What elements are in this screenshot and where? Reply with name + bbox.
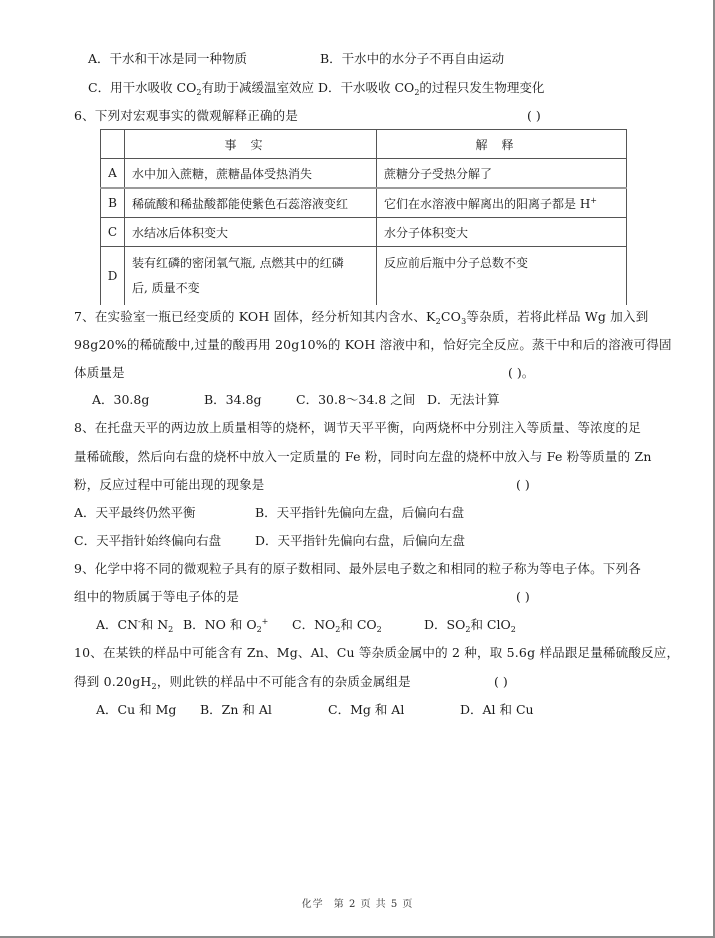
q5-option-d: D．干水吸收 CO2的过程只发生物理变化	[318, 80, 544, 96]
q5-option-a: A．干水和干冰是同一种物质	[88, 51, 247, 67]
text: 得到 0.20gH	[74, 674, 152, 689]
q8-stem-line2: 量稀硫酸，然后向右盘的烧杯中放入一定质量的 Fe 粉，同时向左盘的烧杯中放入与 …	[74, 449, 652, 465]
q5-option-c-text-end: 有助于减缓温室效应	[201, 80, 314, 95]
q8-stem-line3: 粉，反应过程中可能出现的现象是	[74, 477, 265, 493]
q10-option-d: D．Al 和 Cu	[460, 702, 534, 718]
row-label: C	[101, 218, 125, 247]
text: D．SO	[424, 617, 465, 632]
q8-option-d: D．天平指针先偏向右盘，后偏向左盘	[255, 533, 465, 549]
row-explanation: 反应前后瓶中分子总数不变	[377, 247, 627, 306]
superscript: +	[262, 617, 269, 626]
q7-option-c: C．30.8～34.8 之间	[296, 392, 415, 408]
q8-option-b: B．天平指针先偏向左盘，后偏向右盘	[255, 505, 464, 521]
text: 等杂质，若将此样品 Wg 加入到	[466, 309, 648, 324]
subscript: 2	[511, 625, 516, 634]
superscript: +	[590, 196, 597, 205]
q10-answer-blank: ( )	[494, 674, 508, 690]
q7-option-d: D．无法计算	[427, 392, 500, 408]
q8-stem-line1: 8、在托盘天平的两边放上质量相等的烧杯，调节天平平衡，向两烧杯中分别注入等质量、…	[74, 420, 641, 436]
q5-option-c-text: C．用干水吸收 CO	[88, 80, 196, 95]
table-row: C 水结冰后体积变大 水分子体积变大	[101, 218, 627, 247]
footer-page-number: 第 2 页 共 5 页	[334, 899, 414, 910]
q9-option-c: C．NO2和 CO2	[292, 617, 382, 633]
q9-option-a: A．CN-和 N2	[96, 617, 173, 633]
table-header-explanation: 解释	[377, 130, 627, 159]
q7-option-b: B．34.8g	[204, 392, 262, 408]
exam-page: A．干水和干冰是同一种物质 B．干水中的水分子不再自由运动 C．用干水吸收 CO…	[0, 0, 715, 938]
q6-stem: 6、下列对宏观事实的微观解释正确的是	[74, 108, 298, 124]
text: 和 N	[141, 617, 168, 632]
table-row: B 稀硫酸和稀盐酸都能使紫色石蕊溶液变红 它们在水溶液中解离出的阳离子都是 H+	[101, 188, 627, 218]
q9-option-d: D．SO2和 ClO2	[424, 617, 516, 633]
text: A．CN	[96, 617, 138, 632]
row-explanation: 它们在水溶液中解离出的阳离子都是 H+	[377, 188, 627, 218]
subscript: 2	[377, 625, 382, 634]
row-fact: 水中加入蔗糖，蔗糖晶体受热消失	[125, 159, 377, 189]
row-label: D	[101, 247, 125, 306]
table-row: D 装有红磷的密闭氧气瓶, 点燃其中的红磷 后, 质量不变 反应前后瓶中分子总数…	[101, 247, 627, 306]
row-label: A	[101, 159, 125, 189]
q9-option-b: B．NO 和 O2+	[183, 617, 268, 633]
q7-answer-blank: ( )。	[508, 365, 534, 381]
q9-stem-line2: 组中的物质属于等电子体的是	[74, 589, 239, 605]
table-header-fact: 事实	[125, 130, 377, 159]
row-explanation: 水分子体积变大	[377, 218, 627, 247]
row-fact: 稀硫酸和稀盐酸都能使紫色石蕊溶液变红	[125, 188, 377, 218]
table-row: A 水中加入蔗糖，蔗糖晶体受热消失 蔗糖分子受热分解了	[101, 159, 627, 189]
page-footer: 化学 第 2 页 共 5 页	[0, 895, 715, 910]
q5-option-b: B．干水中的水分子不再自由运动	[320, 51, 504, 67]
q7-stem-line1: 7、在实验室一瓶已经变质的 KOH 固体，经分析知其内含水、K2CO3等杂质，若…	[74, 309, 648, 325]
text: B．NO 和 O	[183, 617, 257, 632]
text: C．NO	[292, 617, 335, 632]
q7-option-a: A．30.8g	[92, 392, 149, 408]
subscript: 2	[168, 625, 173, 634]
text: 和 CO	[340, 617, 376, 632]
q10-option-b: B．Zn 和 Al	[200, 702, 272, 718]
q10-stem-line1: 10、在某铁的样品中可能含有 Zn、Mg、Al、Cu 等杂质金属中的 2 种，取…	[74, 645, 679, 661]
text: ，则此铁的样品中不可能含有的杂质金属组是	[157, 674, 411, 689]
q5-option-c: C．用干水吸收 CO2有助于减缓温室效应	[88, 80, 314, 96]
q9-stem-line1: 9、化学中将不同的微观粒子具有的原子数相同、最外层电子数之和相同的粒子称为等电子…	[74, 561, 641, 577]
q5-option-d-text: D．干水吸收 CO	[318, 80, 414, 95]
subscript: 2	[257, 625, 262, 634]
q6-answer-blank: ( )	[527, 108, 541, 124]
q9-answer-blank: ( )	[516, 589, 530, 605]
row-label: B	[101, 188, 125, 218]
row-fact-line: 装有红磷的密闭氧气瓶, 点燃其中的红磷	[132, 251, 369, 276]
text: CO	[441, 309, 461, 324]
q8-option-a: A．天平最终仍然平衡	[74, 505, 196, 521]
row-explanation-text: 它们在水溶液中解离出的阳离子都是 H	[384, 197, 590, 211]
row-fact-line: 后, 质量不变	[132, 276, 369, 301]
q8-answer-blank: ( )	[516, 477, 530, 493]
row-fact: 水结冰后体积变大	[125, 218, 377, 247]
text: 和 ClO	[470, 617, 510, 632]
q7-stem-line2: 98g20%的稀硫酸中,过量的酸再用 20g10%的 KOH 溶液中和，恰好完全…	[74, 337, 672, 353]
table-header-row: 事实 解释	[101, 130, 627, 159]
q7-stem-line3: 体质量是	[74, 365, 125, 381]
q5-option-d-text-end: 的过程只发生物理变化	[419, 80, 544, 95]
text: 7、在实验室一瓶已经变质的 KOH 固体，经分析知其内含水、K	[74, 309, 436, 324]
row-explanation: 蔗糖分子受热分解了	[377, 159, 627, 189]
q6-table: 事实 解释 A 水中加入蔗糖，蔗糖晶体受热消失 蔗糖分子受热分解了 B 稀硫酸和…	[100, 129, 627, 305]
q10-option-a: A．Cu 和 Mg	[96, 702, 176, 718]
q8-option-c: C．天平指针始终偏向右盘	[74, 533, 221, 549]
q10-option-c: C．Mg 和 Al	[328, 702, 404, 718]
q10-stem-line2: 得到 0.20gH2，则此铁的样品中不可能含有的杂质金属组是	[74, 674, 411, 690]
row-fact: 装有红磷的密闭氧气瓶, 点燃其中的红磷 后, 质量不变	[125, 247, 377, 306]
table-header-label	[101, 130, 125, 159]
footer-subject: 化学	[302, 899, 324, 910]
